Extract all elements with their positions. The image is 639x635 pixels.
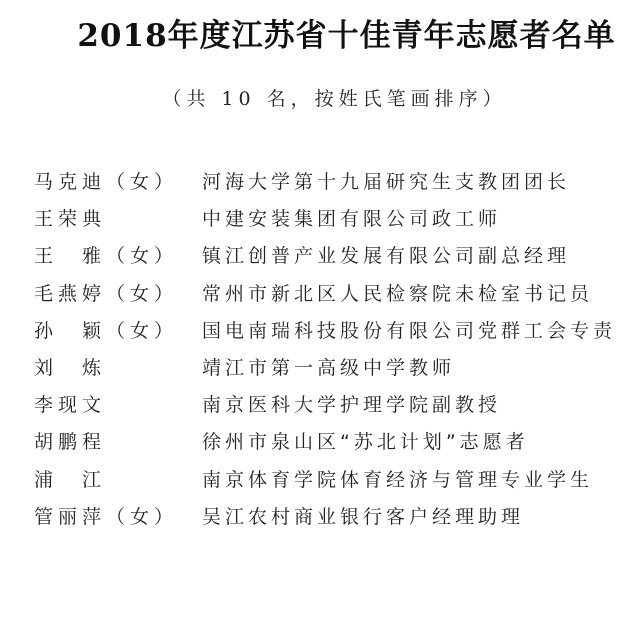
volunteer-name: 孙 颖（女） [34,313,178,350]
volunteer-affiliation: 常州市新北区人民检察院未检室书记员 [202,276,593,313]
volunteer-affiliation: 南京体育学院体育经济与管理专业学生 [202,462,593,499]
list-item: 李现文 南京医科大学护理学院副教授 [0,387,639,424]
volunteer-name: 管丽萍（女） [34,499,178,536]
volunteer-affiliation: 南京医科大学护理学院副教授 [202,387,501,424]
document-title: 2018年度江苏省十佳青年志愿者名单 [0,14,639,58]
volunteer-affiliation: 国电南瑞科技股份有限公司党群工会专责 [202,313,616,350]
volunteer-affiliation: 河海大学第十九届研究生支教团团长 [202,164,570,201]
list-item: 胡鹏程 徐州市泉山区“苏北计划”志愿者 [0,424,639,461]
list-item: 管丽萍（女） 吴江农村商业银行客户经理助理 [0,499,639,536]
volunteer-affiliation: 吴江农村商业银行客户经理助理 [202,499,524,536]
volunteer-affiliation: 徐州市泉山区“苏北计划”志愿者 [202,424,529,461]
list-item: 毛燕婷（女） 常州市新北区人民检察院未检室书记员 [0,276,639,313]
volunteer-affiliation: 镇江创普产业发展有限公司副总经理 [202,238,570,275]
volunteer-name: 胡鹏程 [34,424,106,461]
list-item: 马克迪（女） 河海大学第十九届研究生支教团团长 [0,164,639,201]
volunteer-name: 浦 江 [34,462,106,499]
volunteer-name: 王荣典 [34,201,106,238]
volunteer-name: 王 雅（女） [34,238,178,275]
volunteer-affiliation: 中建安装集团有限公司政工师 [202,201,501,238]
volunteer-list: 马克迪（女） 河海大学第十九届研究生支教团团长 王荣典 中建安装集团有限公司政工… [0,164,639,536]
document-subtitle: （共 10 名，按姓氏笔画排序） [0,84,639,114]
list-item: 孙 颖（女） 国电南瑞科技股份有限公司党群工会专责 [0,313,639,350]
list-item: 王 雅（女） 镇江创普产业发展有限公司副总经理 [0,238,639,275]
list-item: 王荣典 中建安装集团有限公司政工师 [0,201,639,238]
list-item: 浦 江 南京体育学院体育经济与管理专业学生 [0,462,639,499]
volunteer-name: 马克迪（女） [34,164,178,201]
volunteer-name: 毛燕婷（女） [34,276,178,313]
list-item: 刘 炼 靖江市第一高级中学教师 [0,350,639,387]
volunteer-affiliation: 靖江市第一高级中学教师 [202,350,455,387]
volunteer-name: 刘 炼 [34,350,106,387]
volunteer-name: 李现文 [34,387,106,424]
